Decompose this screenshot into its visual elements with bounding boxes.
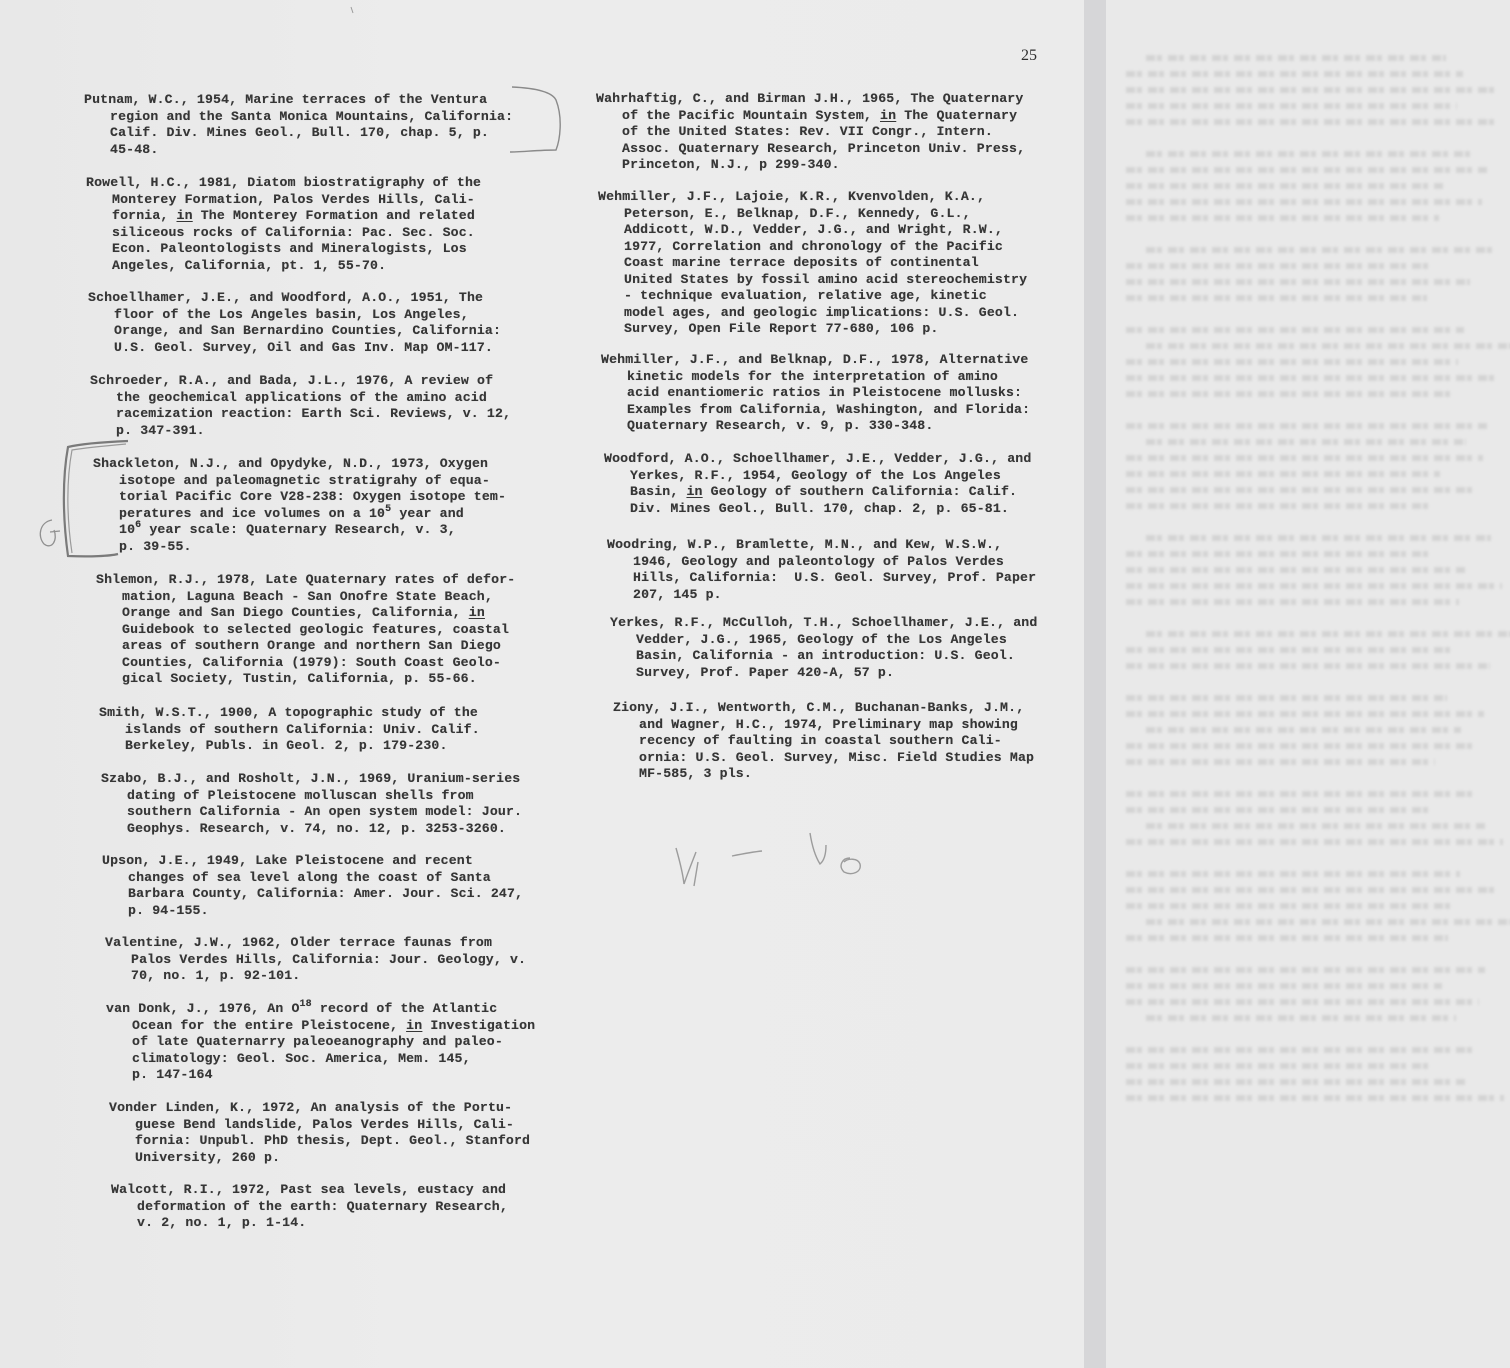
reference-line: Schroeder, R.A., and Bada, J.L., 1976, A…: [90, 373, 511, 390]
underlined-in: in: [177, 208, 193, 223]
reference-line: Orange and San Diego Counties, Californi…: [96, 605, 515, 622]
reference-entry: van Donk, J., 1976, An O18 record of the…: [106, 1001, 535, 1084]
reference-line: areas of southern Orange and northern Sa…: [96, 638, 515, 655]
reference-line: islands of southern California: Univ. Ca…: [99, 722, 480, 739]
reference-line: MF-585, 3 pls.: [613, 766, 1034, 783]
reference-line: dating of Pleistocene molluscan shells f…: [101, 788, 522, 805]
reference-line: Upson, J.E., 1949, Lake Pleistocene and …: [102, 853, 523, 870]
reference-entry: Shlemon, R.J., 1978, Late Quaternary rat…: [96, 572, 515, 688]
reference-entry: Smith, W.S.T., 1900, A topographic study…: [99, 705, 480, 755]
reference-line: Ziony, J.I., Wentworth, C.M., Buchanan-B…: [613, 700, 1034, 717]
underlined-in: in: [469, 605, 485, 620]
reference-line: Valentine, J.W., 1962, Older terrace fau…: [105, 935, 526, 952]
reference-line: Wehmiller, J.F., and Belknap, D.F., 1978…: [601, 352, 1030, 369]
reference-line: Woodford, A.O., Schoellhamer, J.E., Vedd…: [604, 451, 1031, 468]
reference-line: the geochemical applications of the amin…: [90, 390, 511, 407]
reference-line: Wehmiller, J.F., Lajoie, K.R., Kvenvolde…: [598, 189, 1027, 206]
reference-entry: Ziony, J.I., Wentworth, C.M., Buchanan-B…: [613, 700, 1034, 783]
reference-line: Assoc. Quaternary Research, Princeton Un…: [596, 141, 1025, 158]
reference-line: Counties, California (1979): South Coast…: [96, 655, 515, 672]
reference-entry: Vonder Linden, K., 1972, An analysis of …: [109, 1100, 530, 1166]
reference-line: 1977, Correlation and chronology of the …: [598, 239, 1027, 256]
reference-line: Hills, California: U.S. Geol. Survey, Pr…: [607, 570, 1036, 587]
reference-line: Shackleton, N.J., and Opydyke, N.D., 197…: [93, 456, 506, 473]
reference-line: United States by fossil amino acid stere…: [598, 272, 1027, 289]
reference-line: 1946, Geology and paleontology of Palos …: [607, 554, 1036, 571]
reference-line: Orange, and San Bernardino Counties, Cal…: [88, 323, 501, 340]
reference-line: isotope and paleomagnetic stratigrahy of…: [93, 473, 506, 490]
reference-line: Basin, in Geology of southern California…: [604, 484, 1031, 501]
reference-entry: Szabo, B.J., and Rosholt, J.N., 1969, Ur…: [101, 771, 522, 837]
reference-line: Woodring, W.P., Bramlette, M.N., and Kew…: [607, 537, 1036, 554]
bleedthrough-texture: [1106, 0, 1510, 1368]
reference-entry: Upson, J.E., 1949, Lake Pleistocene and …: [102, 853, 523, 919]
reference-line: kinetic models for the interpretation of…: [601, 369, 1030, 386]
reference-line: Szabo, B.J., and Rosholt, J.N., 1969, Ur…: [101, 771, 522, 788]
reference-line: - technique evaluation, relative age, ki…: [598, 288, 1027, 305]
reference-line: 207, 145 p.: [607, 587, 1036, 604]
reference-line: torial Pacific Core V28-238: Oxygen isot…: [93, 489, 506, 506]
reference-line: floor of the Los Angeles basin, Los Ange…: [88, 307, 501, 324]
reference-line: Wahrhaftig, C., and Birman J.H., 1965, T…: [596, 91, 1025, 108]
reference-line: Rowell, H.C., 1981, Diatom biostratigrap…: [86, 175, 481, 192]
reference-line: Vonder Linden, K., 1972, An analysis of …: [109, 1100, 530, 1117]
underlined-in: in: [880, 108, 896, 123]
reference-entry: Yerkes, R.F., McCulloh, T.H., Schoellham…: [610, 615, 1037, 681]
reference-entry: Rowell, H.C., 1981, Diatom biostratigrap…: [86, 175, 481, 274]
reference-line: p. 147-164: [106, 1067, 535, 1084]
page-gutter: [1084, 0, 1106, 1368]
reference-line: peratures and ice volumes on a 105 year …: [93, 506, 506, 523]
reference-line: v. 2, no. 1, p. 1-14.: [111, 1215, 508, 1232]
reference-line: Coast marine terrace deposits of contine…: [598, 255, 1027, 272]
reference-line: fornia, in The Monterey Formation and re…: [86, 208, 481, 225]
underlined-in: in: [406, 1018, 422, 1033]
reference-line: 45-48.: [84, 142, 513, 159]
reference-entry: Valentine, J.W., 1962, Older terrace fau…: [105, 935, 526, 985]
reference-line: fornia: Unpubl. PhD thesis, Dept. Geol.,…: [109, 1133, 530, 1150]
reference-line: siliceous rocks of California: Pac. Sec.…: [86, 225, 481, 242]
reference-line: Addicott, W.D., Vedder, J.G., and Wright…: [598, 222, 1027, 239]
reference-line: Walcott, R.I., 1972, Past sea levels, eu…: [111, 1182, 508, 1199]
reference-line: Shlemon, R.J., 1978, Late Quaternary rat…: [96, 572, 515, 589]
reference-line: Quaternary Research, v. 9, p. 330-348.: [601, 418, 1030, 435]
reference-line: Peterson, E., Belknap, D.F., Kennedy, G.…: [598, 206, 1027, 223]
reference-line: mation, Laguna Beach - San Onofre State …: [96, 589, 515, 606]
reference-entry: Schroeder, R.A., and Bada, J.L., 1976, A…: [90, 373, 511, 439]
reference-line: changes of sea level along the coast of …: [102, 870, 523, 887]
reference-line: Basin, California - an introduction: U.S…: [610, 648, 1037, 665]
reference-line: guese Bend landslide, Palos Verdes Hills…: [109, 1117, 530, 1134]
reference-line: Examples from California, Washington, an…: [601, 402, 1030, 419]
reference-line: Vedder, J.G., 1965, Geology of the Los A…: [610, 632, 1037, 649]
reference-line: Calif. Div. Mines Geol., Bull. 170, chap…: [84, 125, 513, 142]
reference-entry: Woodring, W.P., Bramlette, M.N., and Kew…: [607, 537, 1036, 603]
reference-line: of late Quaternarry paleoeanography and …: [106, 1034, 535, 1051]
reference-line: 70, no. 1, p. 92-101.: [105, 968, 526, 985]
reference-line: climatology: Geol. Soc. America, Mem. 14…: [106, 1051, 535, 1068]
superscript: 5: [385, 504, 391, 515]
page-number: 25: [1021, 47, 1037, 65]
reference-line: Ocean for the entire Pleistocene, in Inv…: [106, 1018, 535, 1035]
reference-line: racemization reaction: Earth Sci. Review…: [90, 406, 511, 423]
reference-line: p. 94-155.: [102, 903, 523, 920]
reference-entry: Wehmiller, J.F., and Belknap, D.F., 1978…: [601, 352, 1030, 435]
reference-line: model ages, and geologic implications: U…: [598, 305, 1027, 322]
reference-line: Div. Mines Geol., Bull. 170, chap. 2, p.…: [604, 501, 1031, 518]
reference-entry: Shackleton, N.J., and Opydyke, N.D., 197…: [93, 456, 506, 555]
reference-line: University, 260 p.: [109, 1150, 530, 1167]
reference-line: Berkeley, Publs. in Geol. 2, p. 179-230.: [99, 738, 480, 755]
reference-entry: Walcott, R.I., 1972, Past sea levels, eu…: [111, 1182, 508, 1232]
reference-line: Princeton, N.J., p 299-340.: [596, 157, 1025, 174]
reference-line: of the Pacific Mountain System, in The Q…: [596, 108, 1025, 125]
reference-line: Barbara County, California: Amer. Jour. …: [102, 886, 523, 903]
reference-entry: Putnam, W.C., 1954, Marine terraces of t…: [84, 92, 513, 158]
reference-line: Geophys. Research, v. 74, no. 12, p. 325…: [101, 821, 522, 838]
reference-line: Smith, W.S.T., 1900, A topographic study…: [99, 705, 480, 722]
reference-entry: Woodford, A.O., Schoellhamer, J.E., Vedd…: [604, 451, 1031, 517]
reference-line: p. 39-55.: [93, 539, 506, 556]
reference-line: U.S. Geol. Survey, Oil and Gas Inv. Map …: [88, 340, 501, 357]
reference-line: Survey, Prof. Paper 420-A, 57 p.: [610, 665, 1037, 682]
reference-line: Guidebook to selected geologic features,…: [96, 622, 515, 639]
reference-entry: Schoellhamer, J.E., and Woodford, A.O., …: [88, 290, 501, 356]
reference-line: Yerkes, R.F., McCulloh, T.H., Schoellham…: [610, 615, 1037, 632]
reference-line: acid enantiomeric ratios in Pleistocene …: [601, 385, 1030, 402]
reference-line: Schoellhamer, J.E., and Woodford, A.O., …: [88, 290, 501, 307]
reference-line: Putnam, W.C., 1954, Marine terraces of t…: [84, 92, 513, 109]
reference-line: and Wagner, H.C., 1974, Preliminary map …: [613, 717, 1034, 734]
superscript: 18: [300, 999, 312, 1010]
reference-line: gical Society, Tustin, California, p. 55…: [96, 671, 515, 688]
reference-line: ornia: U.S. Geol. Survey, Misc. Field St…: [613, 750, 1034, 767]
superscript: 6: [135, 520, 141, 531]
reference-line: Angeles, California, pt. 1, 55-70.: [86, 258, 481, 275]
right-page-bleedthrough: [1106, 0, 1510, 1368]
reference-line: region and the Santa Monica Mountains, C…: [84, 109, 513, 126]
reference-line: p. 347-391.: [90, 423, 511, 440]
reference-line: Yerkes, R.F., 1954, Geology of the Los A…: [604, 468, 1031, 485]
reference-line: southern California - An open system mod…: [101, 804, 522, 821]
reference-entry: Wehmiller, J.F., Lajoie, K.R., Kvenvolde…: [598, 189, 1027, 338]
reference-line: Palos Verdes Hills, California: Jour. Ge…: [105, 952, 526, 969]
reference-line: van Donk, J., 1976, An O18 record of the…: [106, 1001, 535, 1018]
reference-line: Survey, Open File Report 77-680, 106 p.: [598, 321, 1027, 338]
reference-line: deformation of the earth: Quaternary Res…: [111, 1199, 508, 1216]
reference-line: 106 year scale: Quaternary Research, v. …: [93, 522, 506, 539]
underlined-in: in: [686, 484, 702, 499]
reference-line: of the United States: Rev. VII Congr., I…: [596, 124, 1025, 141]
reference-line: Econ. Paleontologists and Mineralogists,…: [86, 241, 481, 258]
reference-line: Monterey Formation, Palos Verdes Hills, …: [86, 192, 481, 209]
reference-line: recency of faulting in coastal southern …: [613, 733, 1034, 750]
reference-entry: Wahrhaftig, C., and Birman J.H., 1965, T…: [596, 91, 1025, 174]
